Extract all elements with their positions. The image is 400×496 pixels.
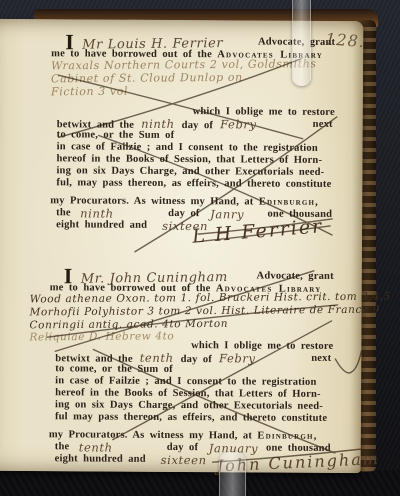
body-line-4: ful may pass thereon, as effeirs, and th… [55,411,339,425]
borrow-form-cuningham: IMr. John Cuningham Advocate, grant me t… [49,267,334,483]
sign-day-handwritten: ninth [80,207,114,219]
body-line-4: ful, may pass thereon, as effeirs, and t… [56,177,340,191]
year-prefix: eight hundred and [55,453,146,466]
next-label: next [311,353,331,365]
transparent-clip-bottom [219,452,246,496]
transparent-clip-top [292,0,311,86]
sign-day-handwritten: tenth [79,441,113,453]
edinburgh-text: Edinburgh, [257,430,317,441]
sign-month-handwritten: Janry [210,208,244,220]
the-label: the [56,207,71,219]
next-label: next [313,119,333,131]
year-prefix: eight hundred and [56,219,147,232]
library-ledger-page: 128. IMr Louis H. Ferrier Advocate, gran… [0,19,363,473]
book-entry: Fiction 3 vol [51,83,351,98]
year-handwritten: sixteen [161,454,207,466]
edinburgh-text: Edinburgh, [259,196,319,207]
advocate-grant-text: Advocate, grant [257,270,334,282]
the-label: the [55,441,70,453]
